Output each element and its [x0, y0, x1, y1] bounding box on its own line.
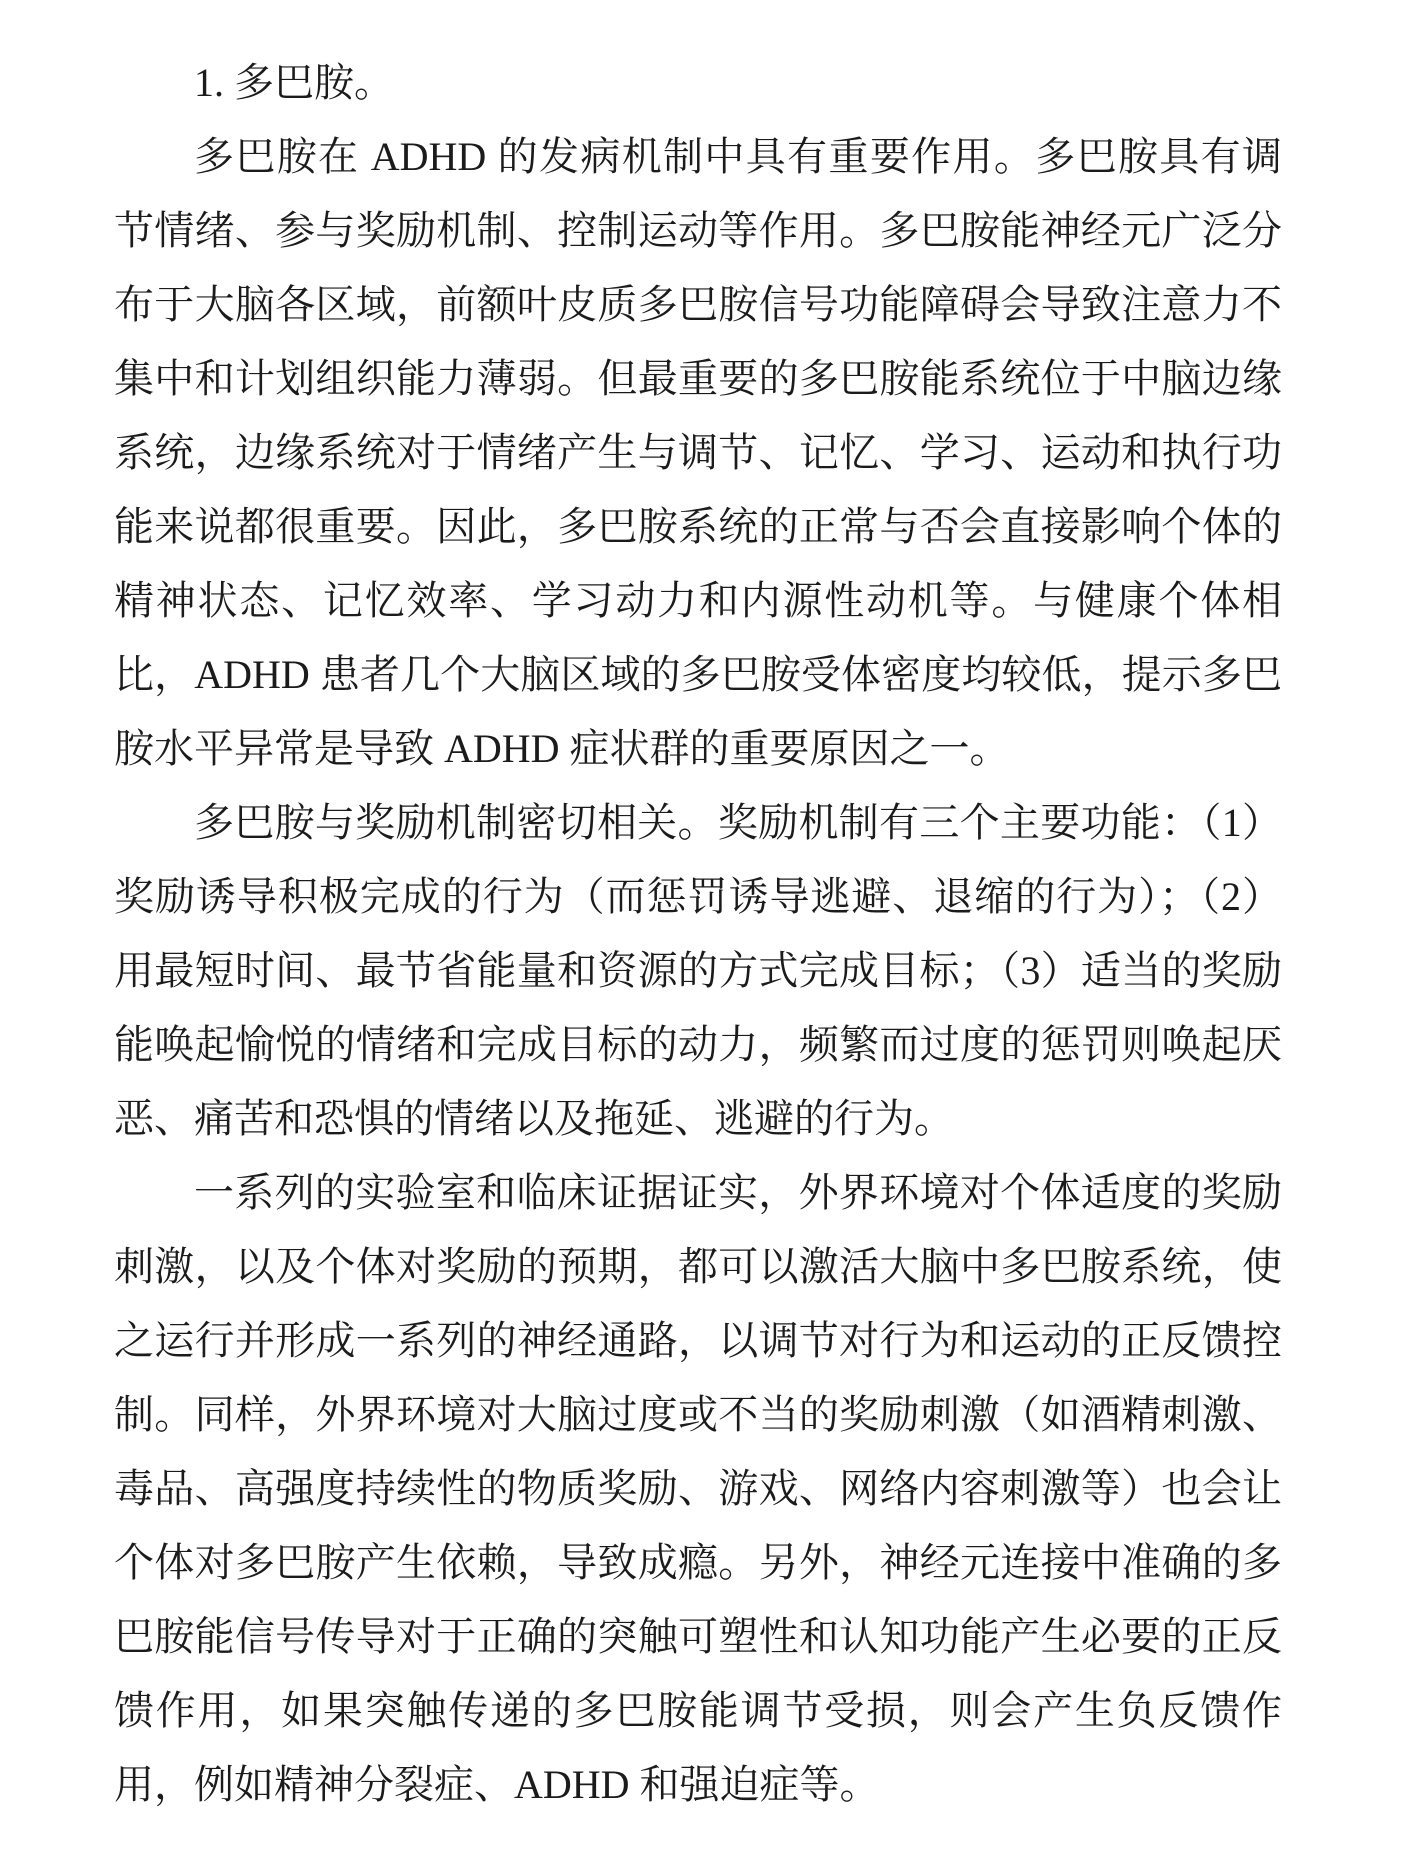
- paragraph-dopamine-adhd-mechanism: 多巴胺在 ADHD 的发病机制中具有重要作用。多巴胺具有调节情绪、参与奖励机制、…: [114, 120, 1282, 786]
- paragraph-reward-mechanism-functions: 多巴胺与奖励机制密切相关。奖励机制有三个主要功能：（1）奖励诱导积极完成的行为（…: [114, 786, 1282, 1156]
- paragraph-evidence-and-feedback: 一系列的实验室和临床证据证实，外界环境对个体适度的奖励刺激，以及个体对奖励的预期…: [114, 1156, 1282, 1822]
- section-heading-dopamine: 1. 多巴胺。: [114, 46, 1282, 120]
- document-page: 1. 多巴胺。 多巴胺在 ADHD 的发病机制中具有重要作用。多巴胺具有调节情绪…: [0, 0, 1404, 1865]
